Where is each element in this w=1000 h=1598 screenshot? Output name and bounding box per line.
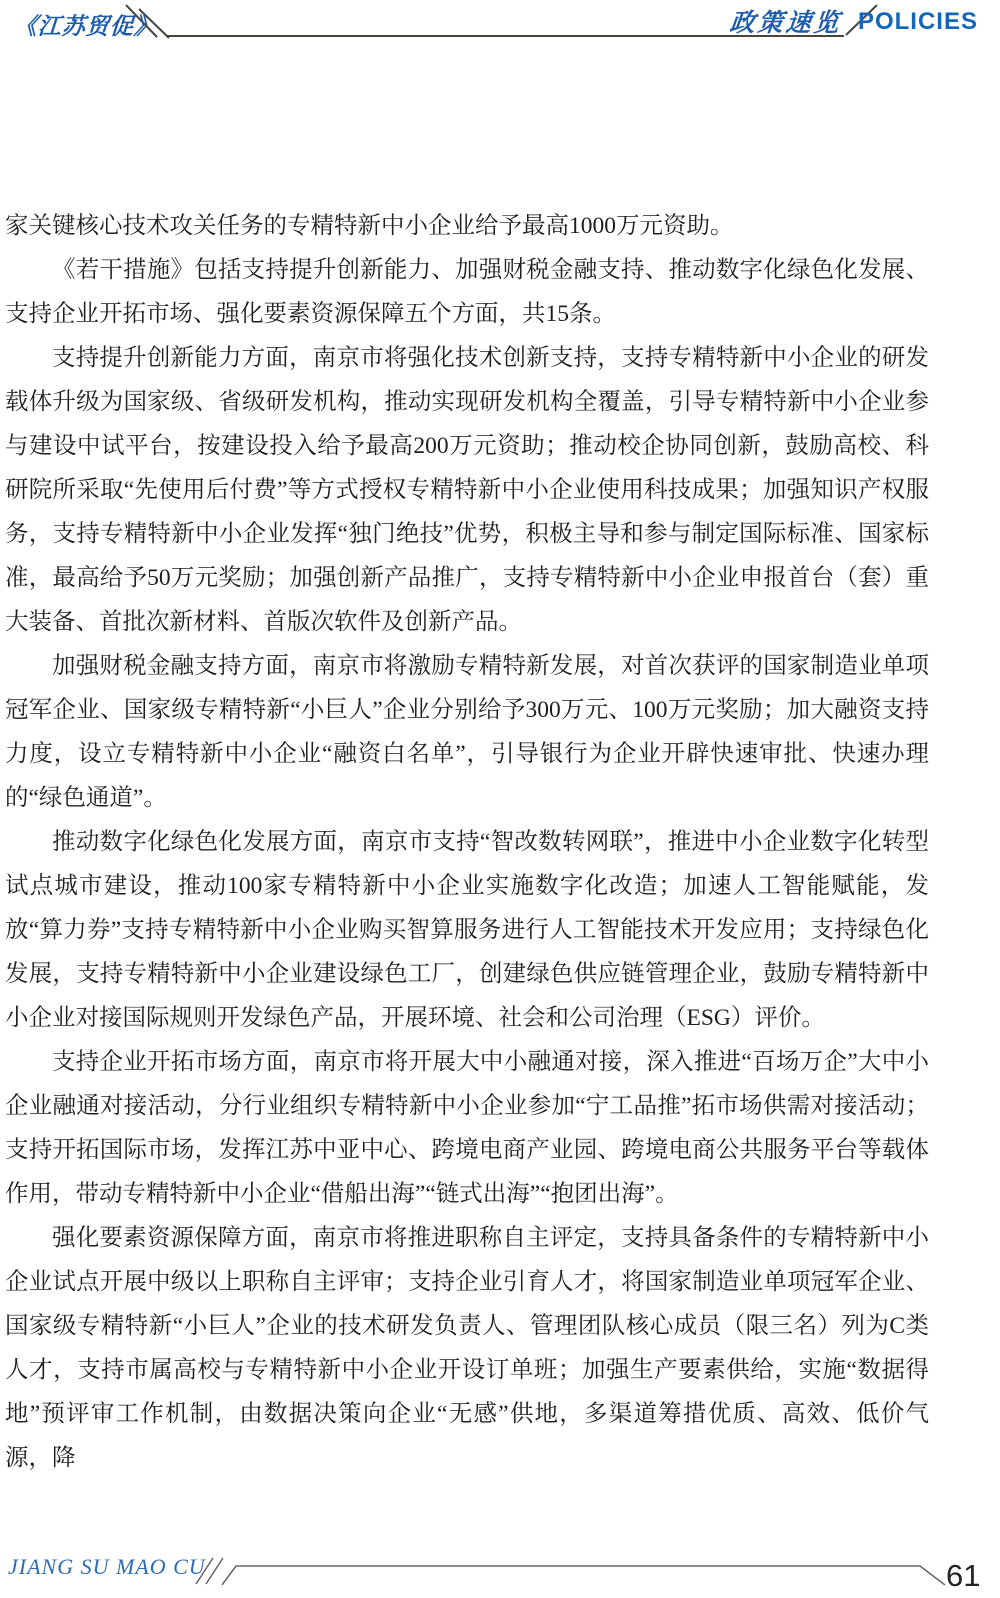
- paragraph-fiscal: 加强财税金融支持方面，南京市将激励专精特新发展，对首次获评的国家制造业单项冠军企…: [5, 644, 929, 820]
- paragraph-digital-green: 推动数字化绿色化发展方面，南京市支持“智改数转网联”，推进中小企业数字化转型试点…: [5, 820, 929, 1040]
- section-title-chinese: 政策速览: [728, 3, 844, 39]
- page-header: 《江苏贸促》 政策速览 POLICIES: [0, 0, 1000, 52]
- article-body: 家关键核心技术攻关任务的专精特新中小企业给予最高1000万元资助。 《若干措施》…: [5, 204, 929, 1480]
- paragraph-overview: 《若干措施》包括支持提升创新能力、加强财税金融支持、推动数字化绿色化发展、支持企…: [5, 248, 929, 336]
- magazine-logo: 《江苏贸促》: [13, 8, 159, 41]
- paragraph-market: 支持企业开拓市场方面，南京市将开展大中小融通对接，深入推进“百场万企”大中小企业…: [5, 1040, 929, 1216]
- page-number: 61: [946, 1558, 980, 1594]
- page-footer: JIANG SU MAO CU 61: [0, 1540, 1000, 1598]
- journal-name: JIANG SU MAO CU: [8, 1554, 206, 1580]
- paragraph-innovation: 支持提升创新能力方面，南京市将强化技术创新支持，支持专精特新中小企业的研发载体升…: [5, 336, 929, 644]
- paragraph-continuation: 家关键核心技术攻关任务的专精特新中小企业给予最高1000万元资助。: [5, 204, 929, 248]
- paragraph-resources: 强化要素资源保障方面，南京市将推进职称自主评定，支持具备条件的专精特新中小企业试…: [5, 1216, 929, 1480]
- section-title-english: POLICIES: [858, 8, 978, 36]
